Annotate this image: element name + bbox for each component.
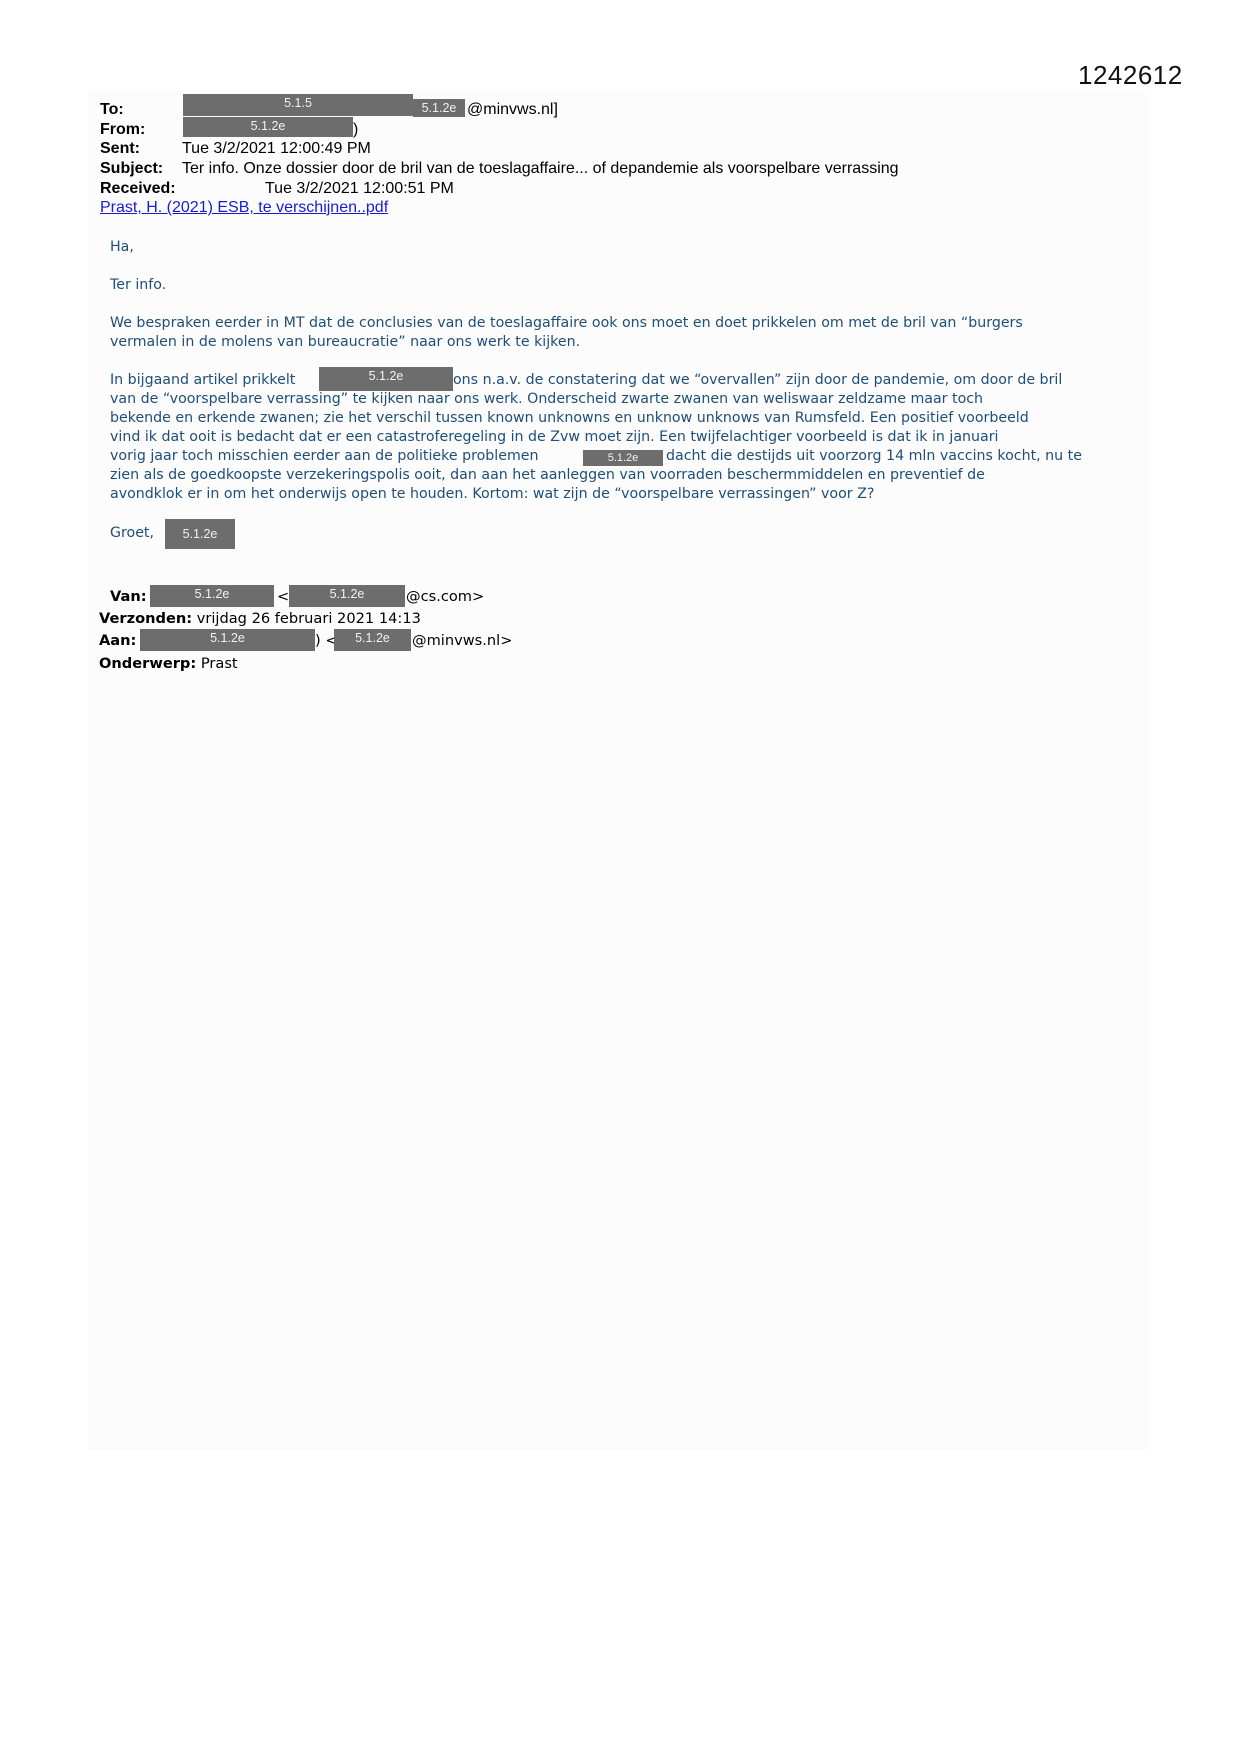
forwarded-aan-suffix: @minvws.nl>: [412, 631, 512, 650]
received-row: Received:Tue 3/2/2021 12:00:51 PM: [100, 179, 454, 199]
forwarded-onderwerp: Onderwerp: Prast: [99, 654, 238, 673]
paragraph-2-line: vind ik dat ooit is bedacht dat er een c…: [110, 428, 998, 447]
redaction-box: 5.1.2e: [413, 99, 465, 117]
redaction-box: 5.1.2e: [140, 629, 315, 651]
paragraph-2-line: dacht die destijds uit voorzorg 14 mln v…: [666, 447, 1082, 466]
from-row: From:: [100, 120, 145, 140]
subject-label: Subject:: [100, 159, 182, 179]
subject-value: Ter info. Onze dossier door de bril van …: [182, 160, 899, 177]
paragraph-2-line: vorig jaar toch misschien eerder aan de …: [110, 447, 539, 466]
sent-value: Tue 3/2/2021 12:00:49 PM: [182, 140, 371, 157]
from-label: From:: [100, 120, 145, 140]
redaction-box: 5.1.2e: [583, 450, 663, 466]
sent-label: Sent:: [100, 139, 182, 159]
paragraph-2-line: In bijgaand artikel prikkelt: [110, 371, 295, 390]
redaction-box: 5.1.2e: [183, 117, 353, 137]
forwarded-van-lt: <: [277, 587, 289, 606]
received-label: Received:: [100, 179, 265, 199]
paragraph-1-line: vermalen in de molens van bureaucratie” …: [110, 333, 580, 352]
forwarded-van-suffix: @cs.com>: [406, 587, 484, 606]
received-value: Tue 3/2/2021 12:00:51 PM: [265, 180, 454, 197]
paragraph-2-line: avondklok er in om het onderwijs open te…: [110, 485, 874, 504]
redaction-box: 5.1.2e: [150, 585, 274, 607]
to-label: To:: [100, 100, 124, 120]
redaction-box: 5.1.2e: [334, 629, 411, 651]
to-row: To:: [100, 100, 124, 120]
subject-row: Subject:Ter info. Onze dossier door de b…: [100, 159, 899, 179]
redaction-box: 5.1.2e: [165, 519, 235, 549]
paragraph-1-line: We bespraken eerder in MT dat de conclus…: [110, 314, 1023, 333]
redaction-box: 5.1.5: [183, 94, 413, 116]
attachment-link[interactable]: Prast, H. (2021) ESB, te verschijnen..pd…: [100, 199, 388, 217]
from-suffix: ): [353, 120, 358, 140]
forwarded-van-label: Van:: [110, 587, 147, 606]
redaction-box: 5.1.2e: [289, 585, 405, 607]
greeting: Ha,: [110, 238, 134, 257]
paragraph-2-line: zien als de goedkoopste verzekeringspoli…: [110, 466, 985, 485]
paragraph-2-line: bekende en erkende zwanen; zie het versc…: [110, 409, 1029, 428]
forwarded-verzonden: Verzonden: vrijdag 26 februari 2021 14:1…: [99, 609, 421, 628]
forwarded-aan-label: Aan:: [99, 631, 136, 650]
document-page-panel: [88, 90, 1150, 1450]
intro-line: Ter info.: [110, 276, 166, 295]
document-number: 1242612: [1078, 60, 1183, 91]
closing: Groet,: [110, 524, 154, 543]
redaction-box: 5.1.2e: [319, 367, 453, 391]
to-address-suffix: @minvws.nl]: [467, 100, 558, 120]
paragraph-2-line: ons n.a.v. de constatering dat we “overv…: [453, 371, 1062, 390]
sent-row: Sent:Tue 3/2/2021 12:00:49 PM: [100, 139, 371, 159]
paragraph-2-line: van de “voorspelbare verrassing” te kijk…: [110, 390, 983, 409]
